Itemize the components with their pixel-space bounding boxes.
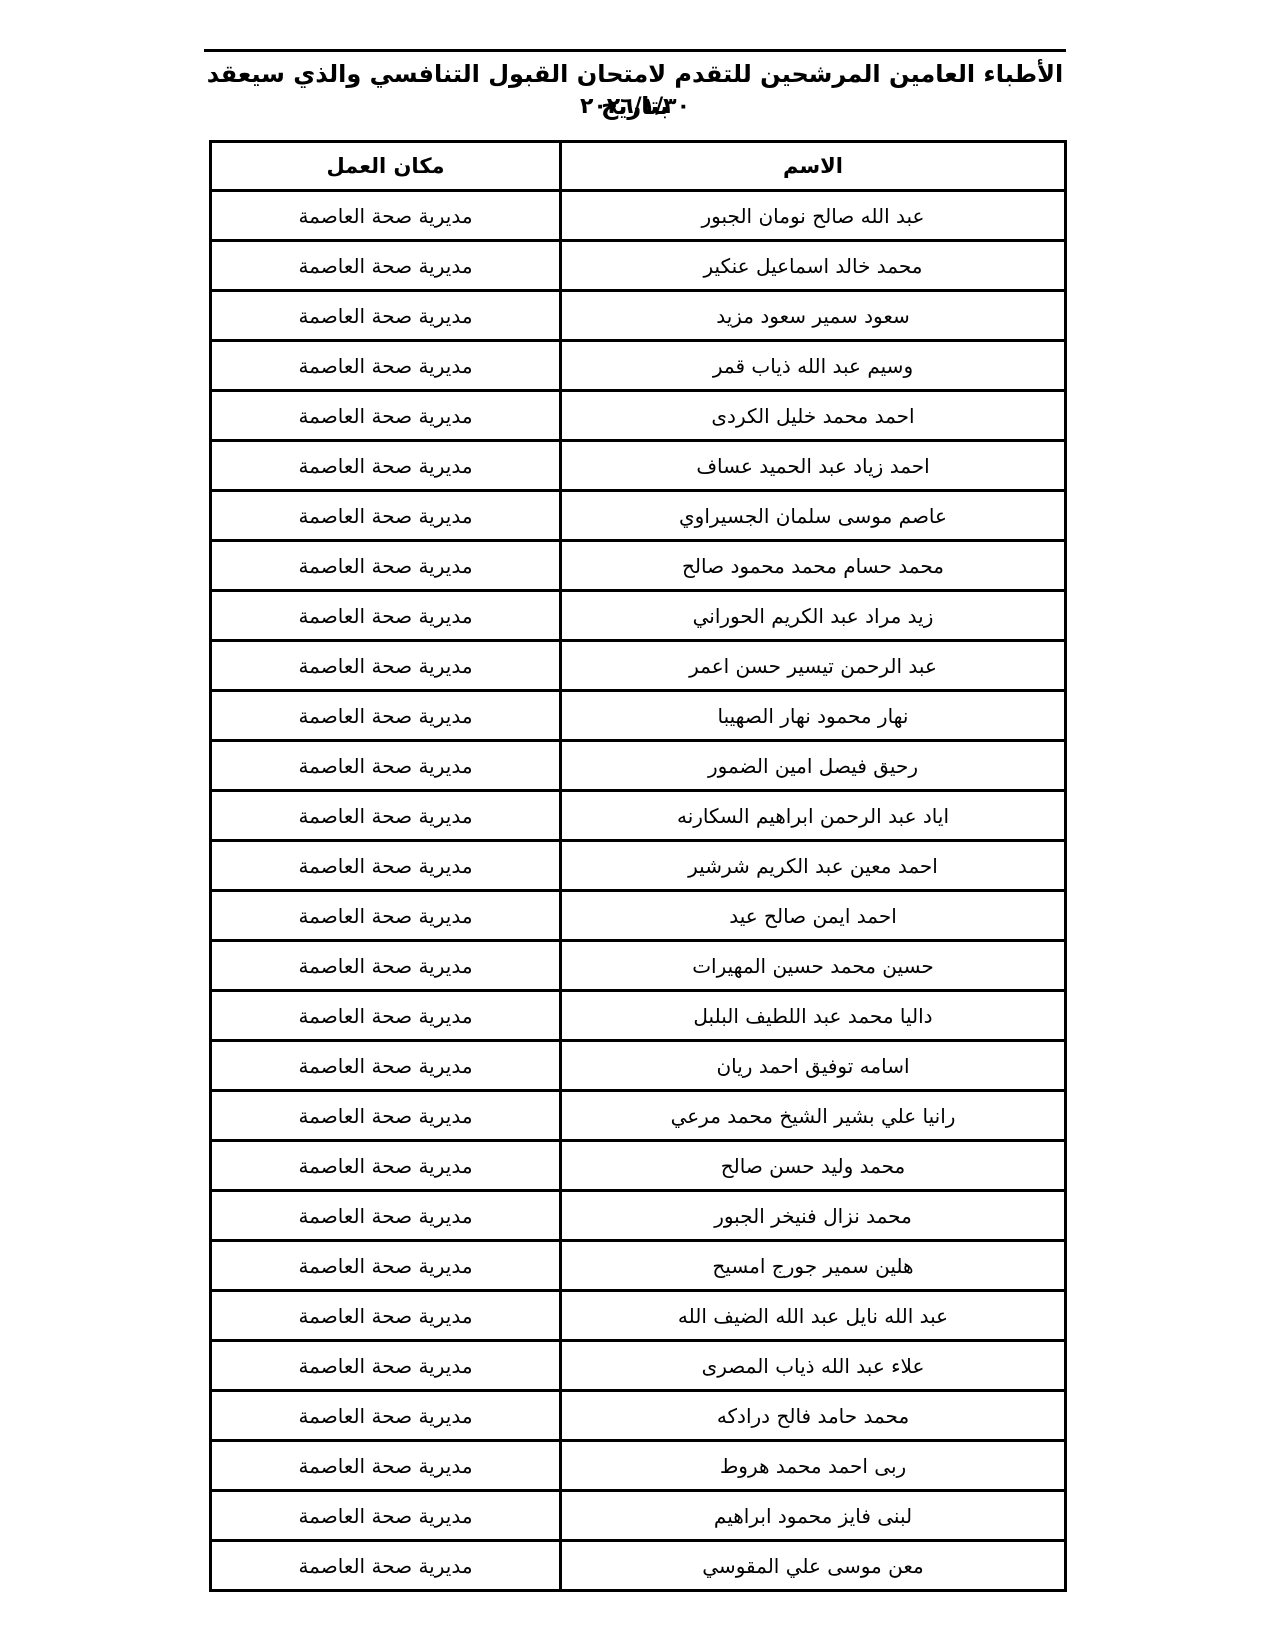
- table-row: داليا محمد عبد اللطيف البلبلمديرية صحة ا…: [211, 991, 1066, 1041]
- table-row: سعود سمير سعود مزيدمديرية صحة العاصمة: [211, 291, 1066, 341]
- name-cell: محمد خالد اسماعيل عنكير: [561, 241, 1066, 291]
- column-header-name: الاسم: [561, 142, 1066, 191]
- table-row: عبد الله نايل عبد الله الضيف اللهمديرية …: [211, 1291, 1066, 1341]
- table-row: محمد وليد حسن صالحمديرية صحة العاصمة: [211, 1141, 1066, 1191]
- table-row: محمد حامد فالح درادكهمديرية صحة العاصمة: [211, 1391, 1066, 1441]
- table-row: محمد خالد اسماعيل عنكيرمديرية صحة العاصم…: [211, 241, 1066, 291]
- header-divider-rule: [204, 49, 1066, 52]
- table-row: زيد مراد عبد الكريم الحورانيمديرية صحة ا…: [211, 591, 1066, 641]
- name-cell: عبد الله نايل عبد الله الضيف الله: [561, 1291, 1066, 1341]
- workplace-cell: مديرية صحة العاصمة: [211, 1091, 561, 1141]
- workplace-cell: مديرية صحة العاصمة: [211, 241, 561, 291]
- column-header-workplace: مكان العمل: [211, 142, 561, 191]
- table-row: اسامه توفيق احمد ريانمديرية صحة العاصمة: [211, 1041, 1066, 1091]
- name-cell: سعود سمير سعود مزيد: [561, 291, 1066, 341]
- table-row: محمد نزال فنيخر الجبورمديرية صحة العاصمة: [211, 1191, 1066, 1241]
- workplace-cell: مديرية صحة العاصمة: [211, 441, 561, 491]
- workplace-cell: مديرية صحة العاصمة: [211, 1141, 561, 1191]
- name-cell: محمد حسام محمد محمود صالح: [561, 541, 1066, 591]
- name-cell: عاصم موسى سلمان الجسيراوي: [561, 491, 1066, 541]
- table-row: رانيا علي بشير الشيخ محمد مرعيمديرية صحة…: [211, 1091, 1066, 1141]
- workplace-cell: مديرية صحة العاصمة: [211, 691, 561, 741]
- table-row: عبد الله صالح نومان الجبورمديرية صحة الع…: [211, 191, 1066, 241]
- name-cell: رانيا علي بشير الشيخ محمد مرعي: [561, 1091, 1066, 1141]
- workplace-cell: مديرية صحة العاصمة: [211, 541, 561, 591]
- table-row: حسين محمد حسين المهيراتمديرية صحة العاصم…: [211, 941, 1066, 991]
- workplace-cell: مديرية صحة العاصمة: [211, 341, 561, 391]
- table-row: احمد ايمن صالح عيدمديرية صحة العاصمة: [211, 891, 1066, 941]
- workplace-cell: مديرية صحة العاصمة: [211, 741, 561, 791]
- table-row: نهار محمود نهار الصهيبامديرية صحة العاصم…: [211, 691, 1066, 741]
- workplace-cell: مديرية صحة العاصمة: [211, 491, 561, 541]
- table-row: اياد عبد الرحمن ابراهيم السكارنهمديرية ص…: [211, 791, 1066, 841]
- workplace-cell: مديرية صحة العاصمة: [211, 1441, 561, 1491]
- workplace-cell: مديرية صحة العاصمة: [211, 591, 561, 641]
- table-row: علاء عبد الله ذياب المصرىمديرية صحة العا…: [211, 1341, 1066, 1391]
- name-cell: احمد ايمن صالح عيد: [561, 891, 1066, 941]
- name-cell: احمد معين عبد الكريم شرشير: [561, 841, 1066, 891]
- document-page: الأطباء العامين المرشحين للتقدم لامتحان …: [0, 0, 1275, 1650]
- name-cell: احمد محمد خليل الكردى: [561, 391, 1066, 441]
- name-cell: حسين محمد حسين المهيرات: [561, 941, 1066, 991]
- name-cell: احمد زياد عبد الحميد عساف: [561, 441, 1066, 491]
- workplace-cell: مديرية صحة العاصمة: [211, 841, 561, 891]
- workplace-cell: مديرية صحة العاصمة: [211, 1491, 561, 1541]
- name-cell: محمد نزال فنيخر الجبور: [561, 1191, 1066, 1241]
- table-row: معن موسى علي المقوسيمديرية صحة العاصمة: [211, 1541, 1066, 1591]
- candidates-table: الاسم مكان العمل عبد الله صالح نومان الج…: [209, 140, 1067, 1592]
- table-row: رحيق فيصل امين الضمورمديرية صحة العاصمة: [211, 741, 1066, 791]
- workplace-cell: مديرية صحة العاصمة: [211, 791, 561, 841]
- name-cell: لبنى فايز محمود ابراهيم: [561, 1491, 1066, 1541]
- workplace-cell: مديرية صحة العاصمة: [211, 941, 561, 991]
- name-cell: ربى احمد محمد هروط: [561, 1441, 1066, 1491]
- name-cell: علاء عبد الله ذياب المصرى: [561, 1341, 1066, 1391]
- workplace-cell: مديرية صحة العاصمة: [211, 641, 561, 691]
- name-cell: وسيم عبد الله ذياب قمر: [561, 341, 1066, 391]
- workplace-cell: مديرية صحة العاصمة: [211, 291, 561, 341]
- workplace-cell: مديرية صحة العاصمة: [211, 191, 561, 241]
- name-cell: هلين سمير جورج امسيح: [561, 1241, 1066, 1291]
- table-row: ربى احمد محمد هروطمديرية صحة العاصمة: [211, 1441, 1066, 1491]
- workplace-cell: مديرية صحة العاصمة: [211, 1191, 561, 1241]
- name-cell: زيد مراد عبد الكريم الحوراني: [561, 591, 1066, 641]
- table-row: احمد زياد عبد الحميد عسافمديرية صحة العا…: [211, 441, 1066, 491]
- workplace-cell: مديرية صحة العاصمة: [211, 1541, 561, 1591]
- workplace-cell: مديرية صحة العاصمة: [211, 1341, 561, 1391]
- table-row: وسيم عبد الله ذياب قمرمديرية صحة العاصمة: [211, 341, 1066, 391]
- table-row: احمد محمد خليل الكردىمديرية صحة العاصمة: [211, 391, 1066, 441]
- table-row: هلين سمير جورج امسيحمديرية صحة العاصمة: [211, 1241, 1066, 1291]
- name-cell: محمد حامد فالح درادكه: [561, 1391, 1066, 1441]
- table-row: عبد الرحمن تيسير حسن اعمرمديرية صحة العا…: [211, 641, 1066, 691]
- workplace-cell: مديرية صحة العاصمة: [211, 391, 561, 441]
- table-row: محمد حسام محمد محمود صالحمديرية صحة العا…: [211, 541, 1066, 591]
- table-row: لبنى فايز محمود ابراهيممديرية صحة العاصم…: [211, 1491, 1066, 1541]
- name-cell: نهار محمود نهار الصهيبا: [561, 691, 1066, 741]
- workplace-cell: مديرية صحة العاصمة: [211, 1391, 561, 1441]
- workplace-cell: مديرية صحة العاصمة: [211, 1041, 561, 1091]
- workplace-cell: مديرية صحة العاصمة: [211, 891, 561, 941]
- name-cell: محمد وليد حسن صالح: [561, 1141, 1066, 1191]
- workplace-cell: مديرية صحة العاصمة: [211, 991, 561, 1041]
- workplace-cell: مديرية صحة العاصمة: [211, 1241, 561, 1291]
- table-row: عاصم موسى سلمان الجسيراويمديرية صحة العا…: [211, 491, 1066, 541]
- name-cell: داليا محمد عبد اللطيف البلبل: [561, 991, 1066, 1041]
- table-row: احمد معين عبد الكريم شرشيرمديرية صحة الع…: [211, 841, 1066, 891]
- name-cell: اياد عبد الرحمن ابراهيم السكارنه: [561, 791, 1066, 841]
- table-body: عبد الله صالح نومان الجبورمديرية صحة الع…: [211, 191, 1066, 1591]
- name-cell: معن موسى علي المقوسي: [561, 1541, 1066, 1591]
- table-header-row: الاسم مكان العمل: [211, 142, 1066, 191]
- name-cell: عبد الرحمن تيسير حسن اعمر: [561, 641, 1066, 691]
- workplace-cell: مديرية صحة العاصمة: [211, 1291, 561, 1341]
- document-date: ٢٠٢٦/١/٣٠: [204, 94, 1066, 119]
- name-cell: رحيق فيصل امين الضمور: [561, 741, 1066, 791]
- name-cell: عبد الله صالح نومان الجبور: [561, 191, 1066, 241]
- name-cell: اسامه توفيق احمد ريان: [561, 1041, 1066, 1091]
